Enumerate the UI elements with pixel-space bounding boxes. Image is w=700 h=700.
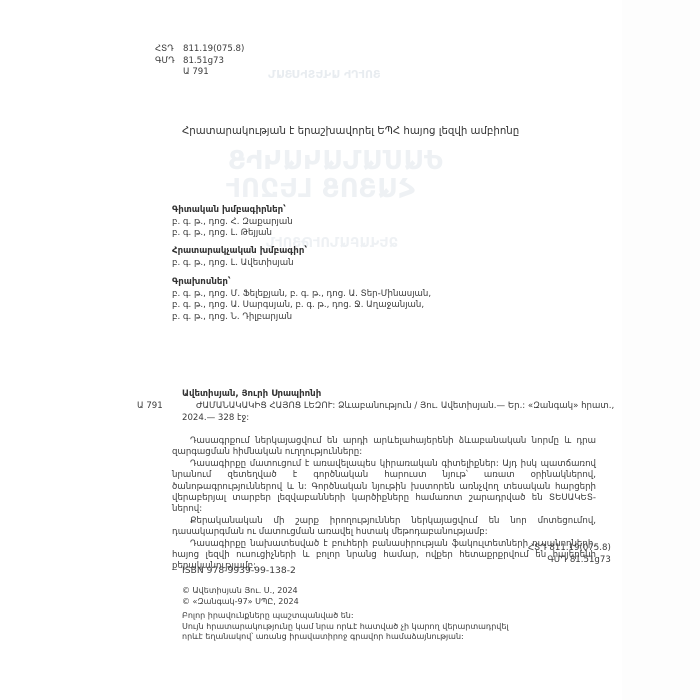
classification-codes-bottom: ՀՏԴ 811.19(075.8) ԳՄԴ 81.51g73: [528, 543, 611, 566]
abstract-paragraph: Քերականական մի շարք իրողություններ ներկա…: [172, 516, 596, 539]
book-imprint-page: ՅՈՒՐԻ ԱՎԵՏԻՍՅԱՆ ԺԱՄԱՆԱԿԱԿԻՑ ՀԱՅՈՑ ԼԵԶՈՒ …: [0, 0, 700, 700]
publishing-editor-heading: Հրատարակչական խմբագիր՝: [172, 246, 307, 258]
bleed-through-author: ՅՈՒՐԻ ԱՎԵՏԻՍՅԱՆ: [268, 68, 381, 81]
approval-note: Հրատարակության է երաշխավորել ԵՊՀ հայոց լ…: [182, 126, 519, 137]
classification-row: ԳՄԴ 81.51g73: [528, 555, 611, 567]
classification-row: Ա 791: [155, 67, 244, 79]
abstract-paragraph: Դասագիրքը մատուցում է առավելապես կիրառակ…: [172, 459, 596, 516]
copyright-line: © Ավետիսյան Յու. Ս., 2024: [182, 586, 299, 597]
catalog-title-line: ԺԱՄԱՆԱԿԱԿԻՑ ՀԱՅՈՑ ԼԵԶՈՒ: Ձևաբանություն /…: [196, 401, 614, 413]
copyright-line: © «Զանգակ-97» ՍՊԸ, 2024: [182, 597, 299, 608]
classification-row: ՀՏԴ 811.19(075.8): [528, 543, 611, 555]
udc-value: 811.19(075.8): [549, 543, 610, 553]
rights-notice: Բոլոր իրավունքները պաշտպանված են: Սույն …: [182, 611, 509, 643]
classification-row: ԳՄԴ 81.51g73: [155, 56, 244, 68]
lbc-label: ԳՄԴ: [155, 56, 183, 68]
udc-label: ՀՏԴ: [528, 543, 547, 553]
reviewers: Գրախոսներ՝ բ. գ. թ., դոց. Մ. Ֆելեքյան, բ…: [172, 277, 431, 323]
udc-value: 811.19(075.8): [183, 44, 244, 56]
abstract-paragraph: Դասագրքում ներկայացվում են արդի արևելահա…: [172, 436, 596, 459]
author-sign-value: Ա 791: [183, 67, 209, 79]
reviewer-line: բ. գ. թ., դոց. Ն. Դիլբարյան: [172, 312, 431, 324]
lbc-label: ԳՄԴ: [547, 555, 567, 565]
scientific-editor: բ. գ. թ., դոց. Հ. Զաքարյան: [172, 217, 293, 229]
bleed-through-title-1: ԺԱՄԱՆԱԿԱԿԻՑ: [228, 146, 443, 176]
rights-line: որևէ եղանակով՝ առանց իրավատիրոջ գրավոր հ…: [182, 632, 509, 643]
lbc-value: 81.51g73: [183, 56, 224, 68]
author-sign-label: [155, 67, 183, 79]
bleed-through-title-2: ՀԱՅՈՑ ԼԵԶՈՒ: [226, 174, 415, 204]
reviewer-line: բ. գ. թ., դոց. Մ. Ֆելեքյան, բ. գ. թ., դո…: [172, 289, 431, 301]
scientific-editors: Գիտական խմբագիրներ՝ բ. գ. թ., դոց. Հ. Զա…: [172, 205, 293, 240]
scientific-editors-heading: Գիտական խմբագիրներ՝: [172, 205, 293, 217]
rights-line: Սույն հրատարակությունը կամ նրա որևէ հատվ…: [182, 622, 509, 633]
udc-label: ՀՏԴ: [155, 44, 183, 56]
catalog-publication-line: 2024.— 328 էջ:: [182, 413, 249, 425]
catalog-code: Ա 791: [137, 401, 163, 413]
publishing-editor: Հրատարակչական խմբագիր՝ բ. գ. թ., դոց. Լ.…: [172, 246, 307, 269]
copyright: © Ավետիսյան Յու. Ս., 2024 © «Զանգակ-97» …: [182, 586, 299, 607]
scientific-editor: բ. գ. թ., դոց. Լ. Թեյյան: [172, 228, 293, 240]
page-edge-shade: [622, 0, 700, 700]
classification-row: ՀՏԴ 811.19(075.8): [155, 44, 244, 56]
reviewers-heading: Գրախոսներ՝: [172, 277, 431, 289]
classification-codes-top: ՀՏԴ 811.19(075.8) ԳՄԴ 81.51g73 Ա 791: [155, 44, 244, 79]
reviewer-line: բ. գ. թ., դոց. Ա. Սարգսյան, բ. գ. թ., դո…: [172, 300, 431, 312]
publishing-editor-name: բ. գ. թ., դոց. Լ. Ավետիսյան: [172, 258, 307, 270]
catalog-author: Ավետիսյան, Յուրի Սրապիոնի: [182, 389, 321, 401]
lbc-value: 81.51g73: [570, 555, 611, 565]
rights-line: Բոլոր իրավունքները պաշտպանված են:: [182, 611, 509, 622]
isbn: ISBN 978-9939-99-138-2: [182, 565, 296, 576]
